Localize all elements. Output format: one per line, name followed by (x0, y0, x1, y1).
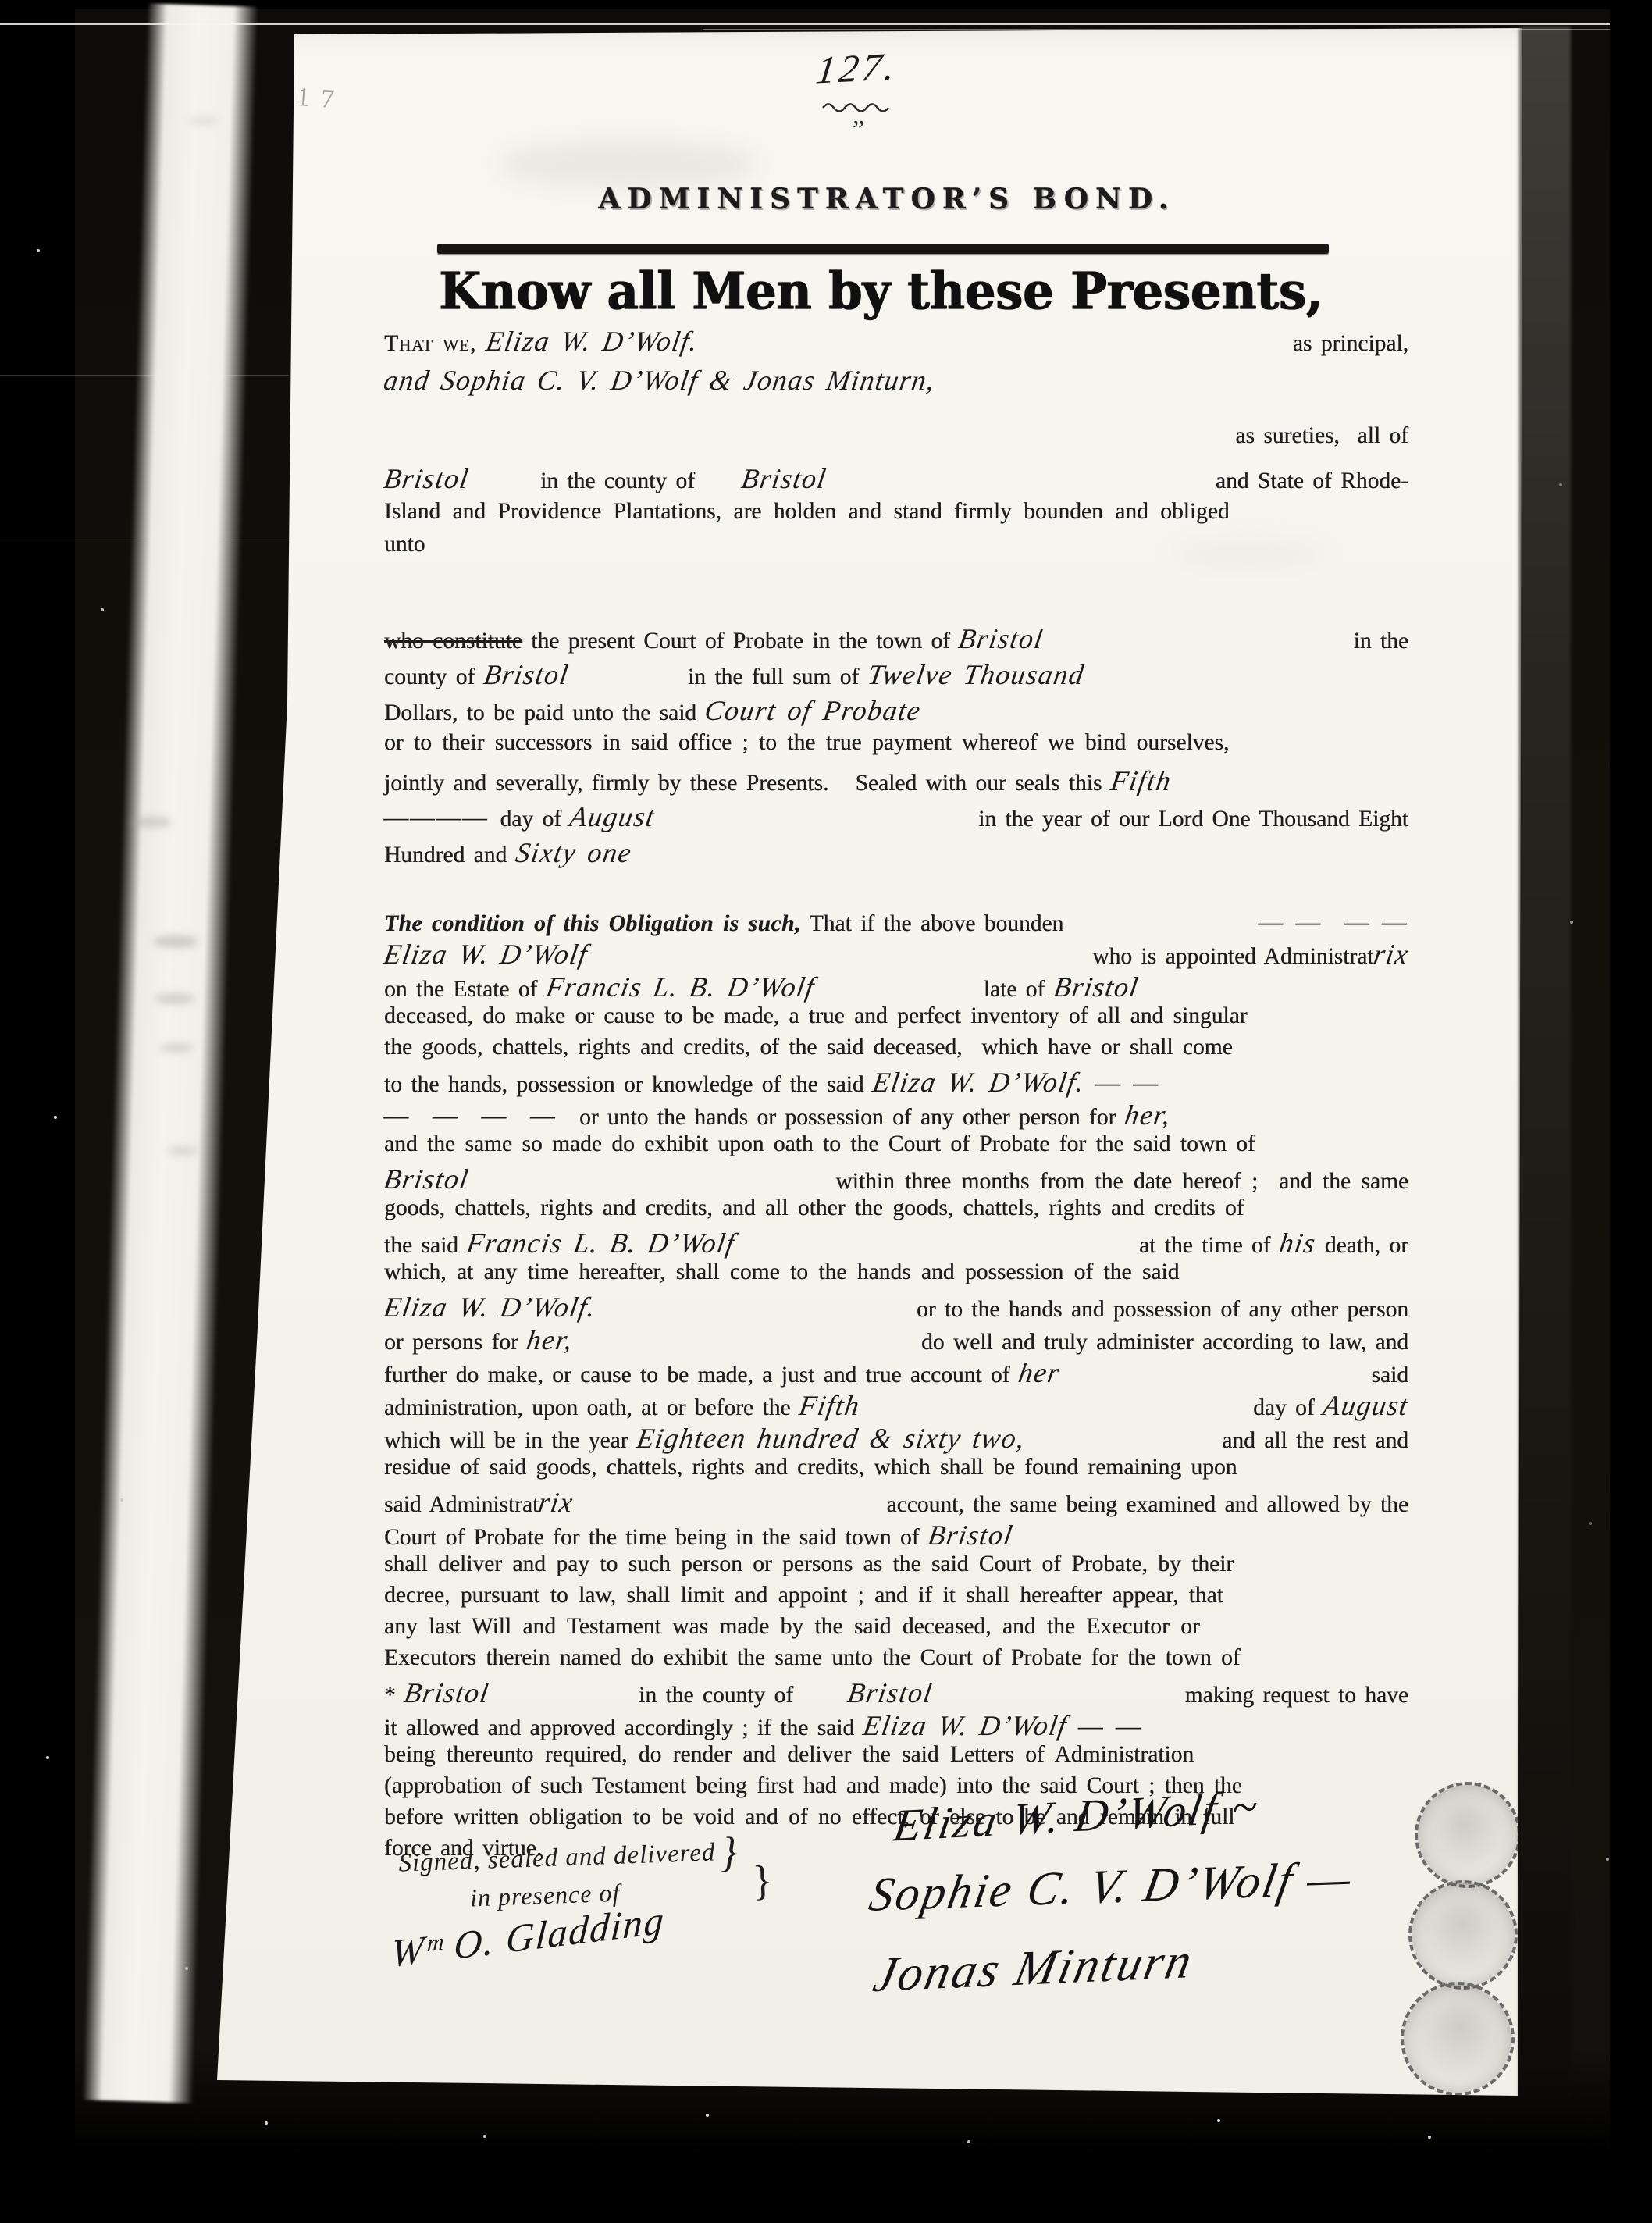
scan-smudge (500, 141, 757, 187)
form-line: Eliza W. D’Wolf.or to the hands and poss… (384, 1291, 1408, 1323)
printed-form-text: making request to have (1185, 1683, 1408, 1708)
printed-form-text: to the hands, possession or knowledge of… (384, 1072, 873, 1098)
printed-form-text: decree, pursuant to law, shall limit and… (384, 1583, 1223, 1608)
form-line: Executors therein named do exhibit the s… (384, 1645, 1408, 1676)
printed-form-text: and State of Rhode- (1216, 468, 1408, 494)
handwritten-entry: and Sophia C. V. D’Wolf & Jonas Minturn, (382, 364, 938, 397)
printed-form-text: and the same so made do exhibit upon oat… (384, 1131, 1255, 1157)
form-line: county of Bristol in the full sum of Twe… (384, 658, 1408, 691)
form-body: That we, Eliza W. D’Wolf.as principal,an… (384, 325, 1408, 1867)
printed-form-text: in the county of (639, 1683, 793, 1708)
form-line: being thereunto required, do render and … (384, 1742, 1408, 1773)
form-line: and the same so made do exhibit upon oat… (384, 1131, 1408, 1163)
printed-form-text: residue of said goods, chattels, rights … (384, 1455, 1237, 1480)
printed-form-text: account, the same being examined and all… (887, 1492, 1408, 1518)
printed-form-text: or unto the hands or possession of any o… (579, 1105, 1125, 1131)
form-line: it allowed and approved accordingly ; if… (384, 1709, 1408, 1742)
handwritten-entry: his (1277, 1227, 1319, 1259)
printed-form-text: which, at any time hereafter, shall come… (384, 1259, 1179, 1285)
form-line: to the hands, possession or knowledge of… (384, 1066, 1408, 1099)
handwritten-entry: August (568, 800, 784, 833)
handwritten-entry: Bristol (846, 1676, 1116, 1709)
handwritten-entry: Eliza W. D’Wolf. (382, 1291, 809, 1323)
handwritten-entry: Eliza W. D’Wolf. — — (871, 1066, 1162, 1099)
attestation-line1: Signed, sealed and delivered (398, 1838, 716, 1877)
form-line: Bristolin the county ofBristoland State … (384, 462, 1408, 495)
form-line: said Administratrixaccount, the same bei… (384, 1486, 1408, 1519)
bleed-through-smudge (167, 1146, 198, 1156)
printed-form-text: or to the hands and possession of any ot… (917, 1297, 1408, 1323)
scan-scratch-line (0, 543, 289, 543)
printed-form-text: day of (1253, 1395, 1323, 1421)
printed-form-text: Dollars, to be paid unto the said (384, 700, 705, 726)
ditto-mark: ” (853, 116, 864, 145)
form-line: * Bristolin the county ofBristolmaking r… (384, 1676, 1408, 1709)
form-title: ADMINISTRATOR’S BOND. (559, 183, 1215, 216)
handwritten-entry: Eliza W. D’Wolf. (483, 325, 700, 358)
form-line: or persons for her,do well and truly adm… (384, 1323, 1408, 1356)
page-edge-shadow (1519, 27, 1571, 2097)
printed-form-text: Hundred and (384, 843, 516, 868)
handwritten-entry: rix (536, 1486, 721, 1519)
handwritten-entry: — — — — (1256, 905, 1412, 938)
printed-form-text: which will be in the year (384, 1428, 637, 1454)
printed-form-text: in the county of (540, 468, 695, 494)
form-line: decree, pursuant to law, shall limit and… (384, 1583, 1408, 1614)
bleed-through-smudge (187, 117, 219, 125)
page-number: 127. (814, 43, 900, 92)
handwritten-entry: Bristol (926, 1519, 1016, 1551)
form-line: any last Will and Testament was made by … (384, 1614, 1408, 1645)
form-line: Eliza W. D’Wolfwho is appointed Administ… (384, 938, 1408, 971)
handwritten-entry: her (1016, 1356, 1162, 1389)
handwritten-entry: Bristol (402, 1676, 642, 1709)
dust-speckles (0, 0, 2, 2)
printed-form-text: death, or (1316, 1233, 1408, 1259)
printed-form-text: the present Court of Probate in the town… (522, 629, 959, 654)
form-line: administration, upon oath, at or before … (384, 1389, 1408, 1422)
printed-form-text: at the time of (1139, 1233, 1280, 1259)
printed-form-text: unto (384, 532, 425, 558)
printed-form-text: any last Will and Testament was made by … (384, 1614, 1200, 1640)
scan-scratch-line (0, 375, 289, 376)
printed-form-text: county of (384, 664, 484, 690)
printed-form-text: goods, chattels, rights and credits, and… (384, 1195, 1244, 1221)
handwritten-entry: Bristol (1051, 971, 1141, 1003)
paper-seal-icon (1408, 1775, 1528, 1895)
printed-form-text: said Administrat (384, 1492, 539, 1518)
handwritten-entry: Eighteen hundred & sixty two, (635, 1422, 1028, 1455)
form-line: Bristolwithin three months from the date… (384, 1163, 1408, 1195)
handwritten-entry: Bristol (382, 1163, 731, 1195)
printed-form-text: That if the above bounden (801, 911, 1073, 937)
printed-form-text: said (1371, 1363, 1408, 1388)
form-line: That we, Eliza W. D’Wolf.as principal, (384, 325, 1408, 358)
margin-pencil-mark: 17 (296, 83, 346, 116)
handwritten-entry: her, (1122, 1099, 1173, 1131)
handwritten-entry: Eliza W. D’Wolf — — (860, 1709, 1145, 1742)
form-line: shall deliver and pay to such person or … (384, 1551, 1408, 1583)
signature-surety-2: Jonas Minturn (869, 1933, 1199, 2004)
printed-form-text: The condition of this Obligation is such… (384, 911, 801, 937)
printed-form-text: the said (384, 1233, 467, 1259)
printed-form-text: Court of Probate for the time being in t… (384, 1525, 928, 1551)
handwritten-entry: Fifth (1108, 764, 1173, 797)
printed-form-text: day of (500, 807, 571, 832)
printed-form-text: further do make, or cause to be made, a … (384, 1363, 1019, 1388)
printed-form-text: or persons for (384, 1330, 527, 1356)
bleed-through-smudge (153, 935, 198, 948)
printed-form-text: shall deliver and pay to such person or … (384, 1551, 1234, 1577)
printed-form-text: or to their successors in said office ; … (384, 730, 1229, 756)
main-heading: Know all Men by these Presents, (428, 261, 1333, 321)
handwritten-entry: — — — — (382, 1099, 582, 1131)
handwritten-entry: Bristol (739, 462, 971, 495)
handwritten-entry: Eliza W. D’Wolf (382, 938, 856, 971)
handwritten-entry: rix (1371, 938, 1411, 971)
form-line: the goods, chattels, rights and credits,… (384, 1035, 1408, 1066)
brace-glyph: } (719, 1828, 739, 1876)
printed-form-text: deceased, do make or cause to be made, a… (384, 1003, 1248, 1029)
printed-form-text: in the year of our Lord One Thousand Eig… (978, 807, 1408, 832)
printed-form-text: and all the rest and (1213, 1428, 1408, 1454)
printed-form-text: the goods, chattels, rights and credits,… (384, 1035, 1233, 1060)
printed-form-text: within three months from the date hereof… (835, 1169, 1408, 1195)
form-line: The condition of this Obligation is such… (384, 905, 1408, 938)
form-line: Hundred and Sixty one (384, 836, 1408, 869)
form-line: Court of Probate for the time being in t… (384, 1519, 1408, 1551)
form-line: deceased, do make or cause to be made, a… (384, 1003, 1408, 1035)
attestation-block: Signed, sealed and delivered} } in prese… (397, 1827, 741, 1960)
form-line: goods, chattels, rights and credits, and… (384, 1195, 1408, 1227)
form-line: the said Francis L. B. D’Wolfat the time… (384, 1227, 1408, 1259)
handwritten-entry: Fifth (797, 1389, 1045, 1422)
printed-form-text: do well and truly administer according t… (921, 1330, 1408, 1356)
form-line: on the Estate of Francis L. B. D’Wolflat… (384, 971, 1408, 1003)
black-border-bottom (0, 2180, 1652, 2223)
handwritten-entry: Bristol (481, 658, 682, 691)
form-line: residue of said goods, chattels, rights … (384, 1455, 1408, 1486)
form-line: ———— day of Augustin the year of our Lor… (384, 800, 1408, 833)
black-border-left (0, 0, 75, 2223)
handwritten-entry: Twelve Thousand (865, 658, 1086, 691)
form-line: Dollars, to be paid unto the said Court … (384, 694, 1408, 727)
printed-form-text: jointly and severally, firmly by these P… (384, 771, 1111, 796)
printed-form-text: as sureties, all of (1235, 423, 1408, 449)
form-line: and Sophia C. V. D’Wolf & Jonas Minturn, (384, 364, 1408, 397)
form-line: — — — — or unto the hands or possession … (384, 1099, 1408, 1131)
form-line: unto (384, 532, 1408, 563)
form-line: who constitute the present Court of Prob… (384, 622, 1408, 655)
underline-flourish (821, 100, 896, 112)
handwritten-entry: Sixty one (513, 836, 634, 869)
form-line: further do make, or cause to be made, a … (384, 1356, 1408, 1389)
printed-form-text: on the Estate of (384, 977, 547, 1003)
horizontal-rule (437, 244, 1329, 254)
book-spine-edge (82, 3, 258, 2103)
bleed-through-smudge (155, 993, 195, 1004)
form-line: Island and Providence Plantations, are h… (384, 499, 1408, 530)
struck-out-text: who constitute (384, 629, 522, 654)
printed-form-text: who is appointed Administrat (1092, 944, 1373, 970)
form-line: jointly and severally, firmly by these P… (384, 764, 1408, 797)
handwritten-entry: August (1321, 1389, 1412, 1422)
form-line: which will be in the year Eighteen hundr… (384, 1422, 1408, 1455)
paper-seal-icon (1377, 1958, 1538, 2119)
printed-form-text: administration, upon oath, at or before … (384, 1395, 799, 1421)
form-line: as sureties, all of (384, 423, 1408, 454)
printed-form-text: in the (1354, 629, 1408, 654)
handwritten-entry: Bristol (956, 622, 1141, 655)
printed-form-text: That we, (384, 331, 486, 357)
form-line: or to their successors in said office ; … (384, 730, 1408, 761)
printed-form-text: Executors therein named do exhibit the s… (384, 1645, 1241, 1671)
printed-form-text: in the full sum of (679, 664, 868, 690)
printed-form-text: being thereunto required, do render and … (384, 1742, 1194, 1768)
printed-form-text: it allowed and approved accordingly ; if… (384, 1715, 863, 1741)
handwritten-entry: ———— (382, 800, 503, 833)
handwritten-entry: her, (525, 1323, 710, 1356)
form-line: which, at any time hereafter, shall come… (384, 1259, 1408, 1291)
brace-glyph: } (751, 1856, 773, 1905)
bleed-through-smudge (131, 817, 172, 828)
scan-scratch-line (703, 29, 1652, 30)
black-border-right (1610, 0, 1652, 2223)
printed-form-text: late of (984, 977, 1054, 1003)
printed-form-text: as principal, (1293, 331, 1408, 357)
printed-form-text: * (384, 1683, 404, 1708)
printed-form-text: Island and Providence Plantations, are h… (384, 499, 1230, 525)
handwritten-entry: Court of Probate (703, 694, 924, 727)
handwritten-entry: Bristol (382, 462, 543, 495)
scanned-book-photo: 127. ” 17 ADMINISTRATOR’S BOND. Know all… (0, 0, 1652, 2223)
scan-scratch-line (0, 23, 1652, 25)
handwritten-entry: Francis L. B. D’Wolf (543, 971, 986, 1003)
handwritten-entry: Francis L. B. D’Wolf (465, 1227, 954, 1259)
bleed-through-smudge (159, 1043, 194, 1053)
